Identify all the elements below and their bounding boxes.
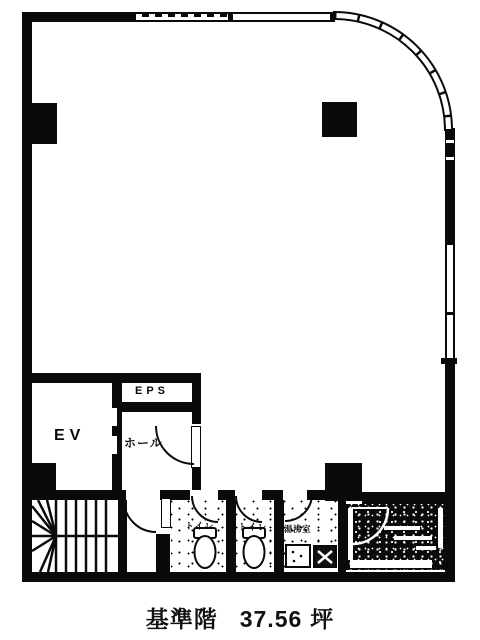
plan-caption: 基準階37.56坪: [0, 601, 480, 634]
service-room-marks: [352, 508, 436, 550]
sink-icon: [286, 545, 310, 567]
floor-plan: EV EPS ホール トイレ トイレ 湯沸室 基準階37.56坪: [0, 0, 480, 640]
toilet-bowl-icon: [195, 536, 216, 568]
room-label-kitchenette: 湯沸室: [284, 525, 311, 534]
kitchenette-door-arc: [285, 494, 312, 521]
room-label-hall: ホール: [124, 437, 163, 449]
caption-area-unit: 坪: [310, 606, 334, 632]
plan-linework: [0, 0, 480, 640]
corridor-door-arc: [124, 500, 156, 532]
room-label-toilet-1: トイレ: [185, 522, 215, 531]
toilet-bowl-icon: [244, 536, 265, 568]
caption-area-value: 37.56: [240, 606, 303, 632]
room-label-toilet-2: トイレ: [238, 523, 268, 532]
kitchenette-fixtures: [286, 545, 336, 567]
room-label-elevator: EV: [54, 428, 85, 444]
toilet1-door-arc: [192, 496, 218, 522]
toilet2-door-arc: [236, 496, 262, 522]
caption-floor-name: 基準階: [146, 606, 218, 632]
stairs-icon: [32, 500, 118, 572]
room-label-eps: EPS: [135, 386, 169, 397]
toilet-icons: [194, 528, 265, 568]
corner-window: [334, 12, 452, 130]
service-door-arc: [352, 508, 388, 544]
